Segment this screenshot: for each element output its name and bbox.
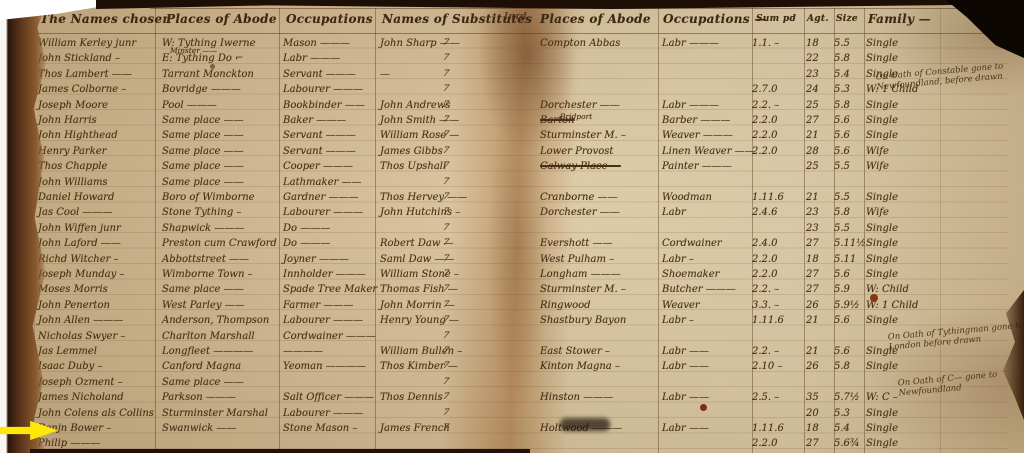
family-status: Single: [866, 421, 898, 436]
size-value: 5.8: [834, 51, 850, 66]
table-row: Joseph Ozment – Same place —— 7: [0, 375, 1024, 390]
sum-paid: 2.2.0: [752, 436, 777, 451]
chosen-man-name: John Wiffen junr: [38, 221, 121, 236]
ink-smudge: [560, 418, 610, 431]
chosen-man-abode: Anderson, Thompson: [162, 313, 269, 328]
family-status: Single: [866, 113, 898, 128]
substitute-occupation: Butcher ———: [662, 282, 736, 297]
header-occupations-right: Occupations —: [663, 12, 767, 26]
chosen-man-abode: Tarrant Monckton: [162, 67, 254, 82]
rust-spot: [700, 404, 707, 411]
chosen-man-name: John Colens als Collins: [38, 406, 154, 421]
age-value: 21: [806, 344, 819, 359]
table-row: Jas Cool ——— Stone Tything – Labourer ——…: [0, 205, 1024, 220]
chosen-man-abode: Same place ——: [162, 282, 244, 297]
chosen-man-abode: Same place ——: [162, 144, 244, 159]
age-value: 27: [806, 436, 819, 451]
sum-paid: 2.10 –: [752, 359, 782, 374]
substitute-occupation: Labr: [662, 205, 686, 220]
substitute-name: Thos Dennis: [380, 390, 443, 405]
size-value: 5.5: [834, 159, 850, 174]
inrolled-mark: 7: [441, 406, 450, 421]
chosen-man-occupation: Servant ———: [283, 128, 356, 143]
substitute-name: John Andrews: [380, 98, 451, 113]
age-value: 25: [806, 98, 819, 113]
substitute-name: Thos Hervey ——: [380, 190, 467, 205]
age-value: 23: [806, 221, 819, 236]
chosen-man-occupation: Salt Officer ———: [283, 390, 374, 405]
family-status: Single: [866, 236, 898, 251]
size-value: 5.5: [834, 36, 850, 51]
chosen-man-name: Thos Chapple: [38, 159, 107, 174]
chosen-man-abode: Sturminster Marshal: [162, 406, 268, 421]
substitute-abode: Cranborne ——: [540, 190, 618, 205]
substitute-occupation: Cordwainer: [662, 236, 722, 251]
size-value: 5.6: [834, 144, 850, 159]
age-value: 27: [806, 267, 819, 282]
age-value: 21: [806, 313, 819, 328]
chosen-man-name: Moses Morris: [38, 282, 108, 297]
substitute-occupation: Painter ———: [662, 159, 732, 174]
chosen-man-occupation: Labourer ———: [283, 205, 363, 220]
substitute-abode: Compton Abbas: [540, 36, 620, 51]
rust-spot: [870, 294, 878, 302]
chosen-man-name: Jas Lemmel: [38, 344, 97, 359]
family-status: Single: [866, 436, 898, 451]
inrolled-mark: 7: [441, 329, 450, 344]
age-value: 27: [806, 282, 819, 297]
size-value: 5.4: [834, 421, 850, 436]
age-value: 26: [806, 359, 819, 374]
substitute-abode: Lower Provost: [540, 144, 613, 159]
sum-paid: 2.2. –: [752, 344, 779, 359]
sum-paid: 1.11.6: [752, 313, 784, 328]
chosen-man-name: Joseph Moore: [38, 98, 108, 113]
age-value: 24: [806, 82, 819, 97]
chosen-man-name: Daniel Howard: [38, 190, 114, 205]
chosen-man-occupation: Innholder ———: [283, 267, 366, 282]
chosen-man-abode: Parkson ———: [162, 390, 236, 405]
age-value: 18: [806, 36, 819, 51]
sum-paid: 2.2. –: [752, 282, 779, 297]
sum-paid: 2.2.0: [752, 128, 777, 143]
substitute-occupation: Labr –: [662, 252, 694, 267]
sum-paid: 1.11.6: [752, 421, 784, 436]
family-status: Single: [866, 252, 898, 267]
chosen-man-abode: Canford Magna: [162, 359, 241, 374]
sum-paid: 2.7.0: [752, 82, 777, 97]
family-status: Single: [866, 98, 898, 113]
table-row: John Highthead Same place —— Servant ———…: [0, 128, 1024, 143]
table-row: Joseph Munday – Wimborne Town – Innholde…: [0, 267, 1024, 282]
substitute-name: James Gibbs: [380, 144, 443, 159]
chosen-man-abode: Same place ——: [162, 159, 244, 174]
table-row: James Nicholand Parkson ——— Salt Officer…: [0, 390, 1024, 405]
size-value: 5.7½: [834, 390, 860, 405]
header-places-of-abode-left: Places of Abode: [166, 12, 277, 26]
chosen-man-name: Henry Parker: [38, 144, 106, 159]
chosen-man-name: Nicholas Swyer –: [38, 329, 125, 344]
chosen-man-occupation: Stone Mason –: [283, 421, 357, 436]
substitute-abode: Evershott ——: [540, 236, 612, 251]
chosen-man-abode: Stone Tything –: [162, 205, 241, 220]
chosen-man-name: Thos Lambert ——: [38, 67, 132, 82]
family-status: Single: [866, 36, 898, 51]
age-value: 27: [806, 236, 819, 251]
age-value: 18: [806, 421, 819, 436]
age-value: 21: [806, 190, 819, 205]
chosen-man-name: Joseph Munday –: [38, 267, 124, 282]
size-value: 5.3: [834, 82, 850, 97]
age-value: 25: [806, 159, 819, 174]
family-status: Single: [866, 359, 898, 374]
chosen-man-occupation: Mason ———: [283, 36, 350, 51]
size-value: 5.11½: [834, 236, 866, 251]
family-status: Single: [866, 51, 898, 66]
sum-paid: 1.11.6: [752, 190, 784, 205]
family-status: W: C –: [866, 390, 898, 405]
size-value: 5.8: [834, 359, 850, 374]
chosen-man-occupation: Do ———: [283, 221, 330, 236]
chosen-man-name: John Highthead: [38, 128, 118, 143]
age-value: 22: [806, 51, 819, 66]
substitute-abode: Sturminster M. –: [540, 128, 626, 143]
table-row: Isaac Duby – Canford Magna Yeoman ———— T…: [0, 359, 1024, 374]
chosen-man-name: Richd Witcher –: [38, 252, 119, 267]
size-value: 5.6: [834, 313, 850, 328]
substitute-abode: East Stower –: [540, 344, 610, 359]
family-status: Wife: [866, 205, 889, 220]
chosen-man-name: John Allen ———: [38, 313, 123, 328]
chosen-man-occupation: Labourer ———: [283, 82, 363, 97]
header-family: Family —: [868, 12, 931, 26]
chosen-man-occupation: Gardner ———: [283, 190, 358, 205]
chosen-man-name: James Nicholand: [38, 390, 124, 405]
chosen-man-name: John Stickland –: [38, 51, 120, 66]
sum-paid: 2.2.0: [752, 267, 777, 282]
chosen-man-name: Jas Cool ———: [38, 205, 112, 220]
size-value: 5.3: [834, 406, 850, 421]
substitute-occupation: Woodman: [662, 190, 712, 205]
size-value: 5.8: [834, 205, 850, 220]
substitute-abode: Longham ———: [540, 267, 621, 282]
chosen-man-abode: Swanwick ——: [162, 421, 236, 436]
chosen-man-abode: Boro of Wimborne: [162, 190, 255, 205]
chosen-man-occupation: Labourer ———: [283, 406, 363, 421]
age-value: 21: [806, 128, 819, 143]
chosen-man-occupation: Cooper ———: [283, 159, 353, 174]
chosen-man-occupation: Labourer ———: [283, 313, 363, 328]
substitute-occupation: Labr ———: [662, 98, 719, 113]
age-value: 23: [806, 67, 819, 82]
substitute-abode: Sturminster M. –: [540, 282, 626, 297]
table-row: John Stickland – E: Tything Do ⌐ Labr ——…: [0, 51, 1024, 66]
family-status: Single: [866, 190, 898, 205]
chosen-man-name: Joseph Ozment –: [38, 375, 123, 390]
chosen-man-occupation: Labr ———: [283, 51, 340, 66]
rust-spot: [210, 64, 215, 69]
substitute-abode: Shastbury Bayon: [540, 313, 626, 328]
table-row: John Colens als Collins Sturminster Mars…: [0, 406, 1024, 421]
substitute-abode: West Pulham –: [540, 252, 614, 267]
inrolled-mark: 7: [441, 221, 450, 236]
table-row: John Wiffen junr Shapwick ——— Do ——— 7 2…: [0, 221, 1024, 236]
chosen-man-abode: Same place ——: [162, 128, 244, 143]
size-value: 5.6: [834, 113, 850, 128]
age-value: 18: [806, 252, 819, 267]
family-status: Wife: [866, 159, 889, 174]
size-value: 5.6¾: [834, 436, 860, 451]
chosen-man-occupation: Baker ———: [283, 113, 346, 128]
chosen-man-abode: Same place ——: [162, 113, 244, 128]
age-value: 35: [806, 390, 819, 405]
table-row: Benjn Bower – Swanwick —— Stone Mason – …: [0, 421, 1024, 436]
chosen-man-abode: Preston cum Crawford: [162, 236, 277, 251]
chosen-man-occupation: Spade Tree Maker: [283, 282, 377, 297]
chosen-man-abode: Longfleet ————: [162, 344, 253, 359]
size-value: 5.5: [834, 190, 850, 205]
age-value: 27: [806, 113, 819, 128]
chosen-man-abode: Pool ———: [162, 98, 217, 113]
sum-paid: 2.2.0: [752, 113, 777, 128]
size-value: 5.6: [834, 128, 850, 143]
table-row: James Colborne – Bovridge ——— Labourer —…: [0, 82, 1024, 97]
chosen-man-abode: Charlton Marshall: [162, 329, 255, 344]
chosen-man-occupation: Joyner ———: [283, 252, 349, 267]
sum-paid: 2.4.6: [752, 205, 777, 220]
size-value: 5.11: [834, 252, 856, 267]
table-row: William Kerley junr W: Tything Iwerne Mi…: [0, 36, 1024, 51]
substitute-occupation: Linen Weaver ——: [662, 144, 755, 159]
chosen-man-occupation: Farmer ———: [283, 298, 353, 313]
header-sum: Sum pd: [756, 14, 796, 24]
substitute-abode: Calway Place —: [540, 159, 621, 174]
chosen-man-name: John Harris: [38, 113, 97, 128]
header-inrolled: Inrd: [504, 12, 527, 22]
header-size: Size: [836, 14, 858, 24]
size-value: 5.6: [834, 344, 850, 359]
table-row: Thos Lambert —— Tarrant Monckton Servant…: [0, 67, 1024, 82]
substitute-abode: Ringwood: [540, 298, 591, 313]
chosen-man-occupation: Servant ———: [283, 144, 356, 159]
chosen-man-name: John Penerton: [38, 298, 110, 313]
substitute-occupation: Barber ———: [662, 113, 730, 128]
chosen-man-abode: Abbottstreet ——: [162, 252, 249, 267]
substitute-occupation: Labr ——: [662, 421, 709, 436]
chosen-man-abode: E: Tything Do ⌐: [162, 51, 243, 66]
scanned-register-page: The Names chosen Places of Abode Occupat…: [0, 0, 1024, 453]
chosen-man-abode: Same place ——: [162, 175, 244, 190]
family-status: Wife: [866, 144, 889, 159]
size-value: 5.5: [834, 221, 850, 236]
family-status: Single: [866, 267, 898, 282]
header-occupations-left: Occupations: [286, 12, 373, 26]
sum-paid: 2.4.0: [752, 236, 777, 251]
header-names-chosen: The Names chosen: [40, 12, 171, 26]
inrolled-mark: 7: [441, 375, 450, 390]
chosen-man-abode: Shapwick ———: [162, 221, 244, 236]
chosen-man-occupation: Servant ———: [283, 67, 356, 82]
sum-paid: 1.1. –: [752, 36, 779, 51]
chosen-man-occupation: ————: [283, 344, 323, 359]
substitute-occupation: Labr ——: [662, 390, 709, 405]
inrolled-mark: 7: [441, 67, 450, 82]
substitute-abode: Kinton Magna –: [540, 359, 620, 374]
size-value: 5.6: [834, 267, 850, 282]
size-value: 5.9½: [834, 298, 860, 313]
header-bottom-rule: [34, 33, 1006, 34]
table-row: John Laford —— Preston cum Crawford Do —…: [0, 236, 1024, 251]
age-value: 20: [806, 406, 819, 421]
inrolled-mark: 7: [441, 82, 450, 97]
chosen-man-abode: West Parley ——: [162, 298, 245, 313]
dark-bottom-edge: [30, 449, 530, 453]
table-row: John Williams Same place —— Lathmaker ——…: [0, 175, 1024, 190]
chosen-man-name: William Kerley junr: [38, 36, 136, 51]
size-value: 5.4: [834, 67, 850, 82]
sum-paid: 2.2.0: [752, 252, 777, 267]
substitute-name: James French: [380, 421, 450, 436]
chosen-man-name: James Colborne –: [38, 82, 126, 97]
table-row: Daniel Howard Boro of Wimborne Gardner —…: [0, 190, 1024, 205]
chosen-man-name: John Laford ——: [38, 236, 121, 251]
inrolled-mark: 7: [441, 175, 450, 190]
substitute-occupation: Labr –: [662, 313, 694, 328]
size-value: 5.8: [834, 98, 850, 113]
substitute-occupation: Labr ——: [662, 344, 709, 359]
table-row: Nicholas Swyer – Charlton Marshall Cordw…: [0, 329, 1024, 344]
sum-paid: 2.5. –: [752, 390, 779, 405]
table-row: John Allen ——— Anderson, Thompson Labour…: [0, 313, 1024, 328]
header-places-of-abode-right: Places of Abode: [540, 12, 651, 26]
sum-paid: 2.2. –: [752, 98, 779, 113]
table-row: Henry Parker Same place —— Servant ——— J…: [0, 144, 1024, 159]
substitute-occupation: Weaver: [662, 298, 700, 313]
chosen-man-abode: Same place ——: [162, 375, 244, 390]
chosen-man-occupation: Bookbinder ——: [283, 98, 365, 113]
chosen-man-abode: Wimborne Town –: [162, 267, 253, 282]
family-status: Single: [866, 221, 898, 236]
age-value: 23: [806, 205, 819, 220]
table-row: Richd Witcher – Abbottstreet —— Joyner —…: [0, 252, 1024, 267]
substitute-abode: Dorchester ——: [540, 205, 620, 220]
substitute-occupation: Weaver ———: [662, 128, 733, 143]
chosen-man-occupation: Cordwainer ———: [283, 329, 376, 344]
table-row: Jas Lemmel Longfleet ———— ———— William B…: [0, 344, 1024, 359]
chosen-man-occupation: Lathmaker ——: [283, 175, 361, 190]
chosen-man-name: Isaac Duby –: [38, 359, 102, 374]
substitute-occupation: Shoemaker: [662, 267, 719, 282]
table-row: Joseph Moore Pool ——— Bookbinder —— John…: [0, 98, 1024, 113]
inrolled-mark: 7: [441, 51, 450, 66]
chosen-man-name: John Williams: [38, 175, 108, 190]
substitute-occupation: Labr ——: [662, 359, 709, 374]
age-value: 28: [806, 144, 819, 159]
substitute-name: Thos Upshall: [380, 159, 446, 174]
table-row: John Harris Same place —— Baker ——— John…: [0, 113, 1024, 128]
family-status: Single: [866, 406, 898, 421]
sum-paid: 3.3. –: [752, 298, 779, 313]
substitute-occupation: Labr ———: [662, 36, 719, 51]
sum-paid: 2.2.0: [752, 144, 777, 159]
substitute-name: —: [380, 67, 390, 82]
chosen-man-occupation: Do ———: [283, 236, 330, 251]
substitute-abode: Barton: [540, 113, 575, 128]
chosen-man-occupation: Yeoman ————: [283, 359, 366, 374]
substitute-abode: Hinston ———: [540, 390, 613, 405]
family-status: Single: [866, 128, 898, 143]
chosen-man-abode: Bovridge ———: [162, 82, 241, 97]
age-value: 26: [806, 298, 819, 313]
family-status: Single: [866, 313, 898, 328]
header-age: Agt.: [807, 14, 829, 24]
table-row: Thos Chapple Same place —— Cooper ——— Th…: [0, 159, 1024, 174]
size-value: 5.9: [834, 282, 850, 297]
